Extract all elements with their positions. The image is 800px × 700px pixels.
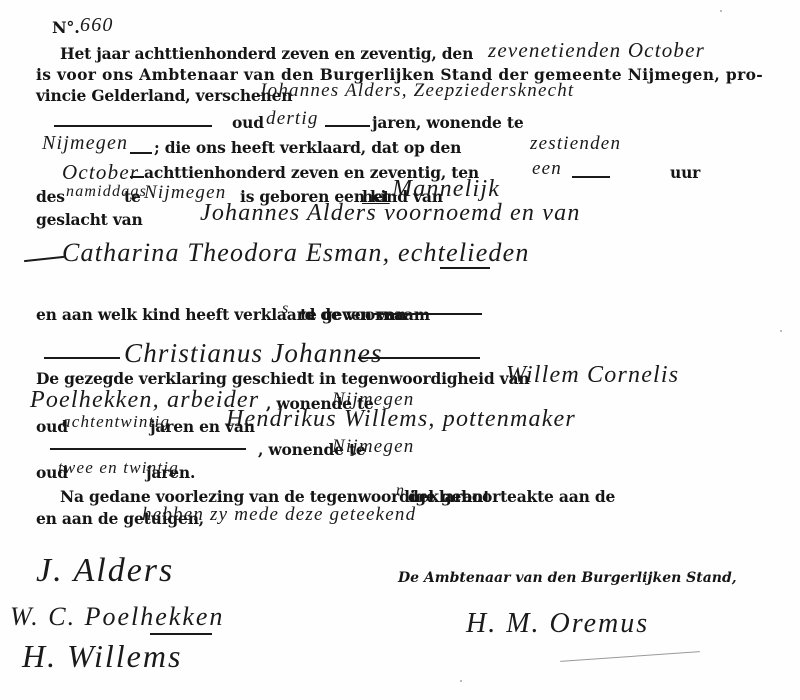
- handwritten-hour: een: [532, 158, 562, 180]
- blank-rule: [130, 176, 144, 178]
- signature-flourish: [560, 651, 700, 662]
- blank-rule: [572, 176, 610, 178]
- text-line-1: Het jaar achttienhonderd zeven en zevent…: [60, 44, 473, 63]
- handwritten-birth-month: October: [62, 160, 139, 185]
- handwritten-declarant-name: Johannes Alders, Zeepziedersknecht: [258, 80, 574, 102]
- handwritten-residence: Nijmegen: [42, 132, 128, 155]
- signature-witness2: H. Willems: [22, 638, 182, 675]
- handwritten-witness1-surname: Poelhekken, arbeider: [30, 387, 259, 414]
- text-line-17b: deklarant: [408, 487, 490, 506]
- text-te: te: [124, 187, 141, 206]
- handwritten-plural-s: s: [282, 300, 289, 318]
- certificate-page: N°. 660 Het jaar achttienhonderd zeven e…: [0, 0, 800, 700]
- signature-official: H. M. Oremus: [466, 608, 649, 640]
- text-line-4: jaren, wonende te: [372, 113, 524, 132]
- blank-rule: [372, 313, 482, 315]
- text-line-16: jaren.: [146, 463, 195, 482]
- flourish-rule: [24, 256, 64, 262]
- blank-rule: [325, 125, 370, 127]
- paper-speck: [460, 680, 462, 682]
- text-line-3: vincie Gelderland, verschenen: [36, 86, 292, 105]
- handwritten-father: Johannes Alders voornoemd en van: [200, 200, 581, 227]
- signature-declarant: J. Alders: [36, 552, 174, 590]
- text-uur: uur: [670, 163, 700, 182]
- handwritten-witness1-name: Willem Cornelis: [506, 362, 679, 389]
- handwritten-age: dertig: [266, 108, 319, 130]
- text-line-10b: te geven van: [300, 305, 407, 324]
- certificate-number-label: N°.: [52, 18, 80, 37]
- text-line-5: ; die ons heeft verklaard, dat op den: [154, 138, 461, 157]
- blank-rule: [44, 357, 120, 359]
- handwritten-birth-day: zestienden: [530, 133, 621, 155]
- blank-rule: [50, 448, 246, 450]
- handwritten-n: n: [396, 482, 405, 500]
- handwritten-sex: Mannelijk: [392, 176, 500, 203]
- text-oud: oud: [232, 113, 264, 132]
- text-line-8: geslacht van: [36, 210, 143, 229]
- blank-rule: [358, 357, 480, 359]
- signature-underline: [150, 633, 212, 635]
- text-line-12: De gezegde verklaring geschiedt in tegen…: [36, 369, 529, 388]
- blank-rule: [440, 267, 490, 269]
- blank-rule: [130, 152, 152, 154]
- handwritten-given-names: Christianus Johannes: [124, 338, 383, 369]
- paper-speck: [780, 330, 782, 332]
- handwritten-signed-note: hebben zy mede deze geteekend: [142, 504, 416, 526]
- paper-speck: [720, 10, 722, 12]
- handwritten-date: zevenetienden October: [488, 38, 705, 63]
- official-title: De Ambtenaar van den Burgerlijken Stand,: [398, 570, 737, 586]
- certificate-number: 660: [80, 14, 114, 37]
- handwritten-witness2-residence: Nijmegen: [332, 436, 414, 458]
- signature-witness1: W. C. Poelhekken: [10, 602, 224, 632]
- handwritten-witness2: Hendrikus Willems, pottenmaker: [226, 406, 576, 433]
- blank-rule: [54, 125, 212, 127]
- text-des: des: [36, 187, 65, 206]
- handwritten-mother: Catharina Theodora Esman, echtelieden: [62, 238, 530, 268]
